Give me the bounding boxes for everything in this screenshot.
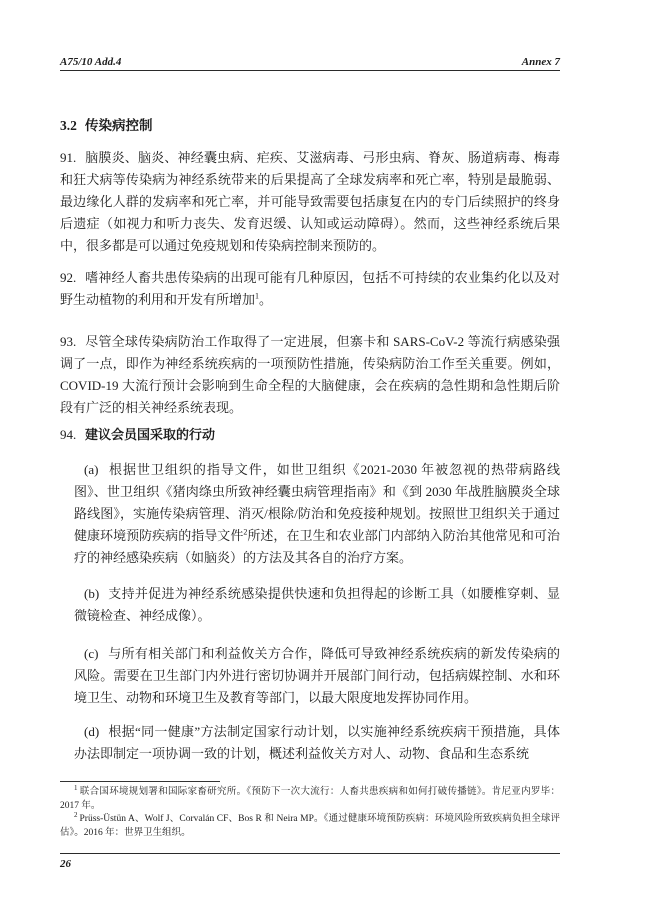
action-item-a: (a)根据世卫组织的指导文件，如世卫组织《2021-2030 年被忽视的热带病路… bbox=[74, 459, 560, 569]
footnotes-section: 1联合国环境规划署和国际家畜研究所。《预防下一次大流行：人畜共患疾病和如何打破传… bbox=[60, 781, 560, 840]
paragraph-text: 脑膜炎、脑炎、神经囊虫病、疟疾、艾滋病毒、弓形虫病、脊灰、肠道病毒、梅毒和狂犬病… bbox=[60, 150, 560, 253]
item-text: 与所有相关部门和利益攸关方合作，降低可导致神经系统疾病的新发传染病的风险。需要在… bbox=[74, 646, 560, 705]
page-number: 26 bbox=[60, 858, 71, 870]
footnote-text: 联合国环境规划署和国际家畜研究所。《预防下一次大流行：人畜共患疾病和如何打破传播… bbox=[60, 787, 560, 811]
annex-label: Annex 7 bbox=[522, 56, 560, 68]
item-marker: (d) bbox=[84, 721, 108, 743]
section-heading: 3.2传染病控制 bbox=[60, 114, 560, 134]
paragraph-number: 92. bbox=[60, 267, 85, 289]
paragraph-92: 92.嗜神经人畜共患传染病的出现可能有几种原因，包括不可持续的农业集约化以及对野… bbox=[60, 267, 560, 311]
item-marker: (c) bbox=[84, 643, 108, 665]
footnote-number: 2 bbox=[74, 811, 78, 819]
item-marker: (a) bbox=[84, 459, 108, 481]
footnote-2: 2Prüss-Üstün A、Wolf J、Corvalán CF、Bos R … bbox=[60, 813, 560, 840]
actions-heading-title: 建议会员国采取的行动 bbox=[85, 427, 215, 442]
paragraph-94-heading: 94.建议会员国采取的行动 bbox=[60, 424, 560, 446]
footnote-separator-rule bbox=[60, 781, 220, 782]
footnote-1: 1联合国环境规划署和国际家畜研究所。《预防下一次大流行：人畜共患疾病和如何打破传… bbox=[60, 786, 560, 813]
paragraph-number: 93. bbox=[60, 331, 85, 353]
document-number: A75/10 Add.4 bbox=[60, 56, 121, 68]
page-footer: 26 bbox=[60, 853, 560, 872]
paragraph-text-tail: 。 bbox=[259, 292, 272, 307]
action-item-c: (c)与所有相关部门和利益攸关方合作，降低可导致神经系统疾病的新发传染病的风险。… bbox=[74, 643, 560, 709]
page-header: A75/10 Add.4 Annex 7 bbox=[60, 56, 560, 71]
action-item-d: (d)根据“同一健康”方法制定国家行动计划，以实施神经系统疾病干预措施，具体办法… bbox=[74, 721, 560, 765]
item-text: 根据“同一健康”方法制定国家行动计划，以实施神经系统疾病干预措施，具体办法即制定… bbox=[74, 724, 560, 761]
section-title: 传染病控制 bbox=[85, 118, 153, 133]
footnote-text: Prüss-Üstün A、Wolf J、Corvalán CF、Bos R 和… bbox=[60, 814, 560, 838]
paragraph-text: 尽管全球传染病防治工作取得了一定进展，但寨卡和 SARS-CoV-2 等流行病感… bbox=[60, 334, 560, 415]
document-page: A75/10 Add.4 Annex 7 3.2传染病控制 91.脑膜炎、脑炎、… bbox=[0, 0, 650, 919]
paragraph-93: 93.尽管全球传染病防治工作取得了一定进展，但寨卡和 SARS-CoV-2 等流… bbox=[60, 331, 560, 419]
action-item-b: (b)支持并促进为神经系统感染提供快速和负担得起的诊断工具（如腰椎穿刺、显微镜检… bbox=[74, 583, 560, 627]
paragraph-number: 91. bbox=[60, 147, 85, 169]
section-number: 3.2 bbox=[60, 118, 85, 134]
item-marker: (b) bbox=[84, 583, 108, 605]
paragraph-91: 91.脑膜炎、脑炎、神经囊虫病、疟疾、艾滋病毒、弓形虫病、脊灰、肠道病毒、梅毒和… bbox=[60, 147, 560, 257]
item-text: 支持并促进为神经系统感染提供快速和负担得起的诊断工具（如腰椎穿刺、显微镜检查、神… bbox=[74, 586, 560, 623]
paragraph-text: 嗜神经人畜共患传染病的出现可能有几种原因，包括不可持续的农业集约化以及对野生动植… bbox=[60, 270, 560, 307]
footnote-number: 1 bbox=[74, 784, 78, 792]
paragraph-number: 94. bbox=[60, 424, 85, 446]
